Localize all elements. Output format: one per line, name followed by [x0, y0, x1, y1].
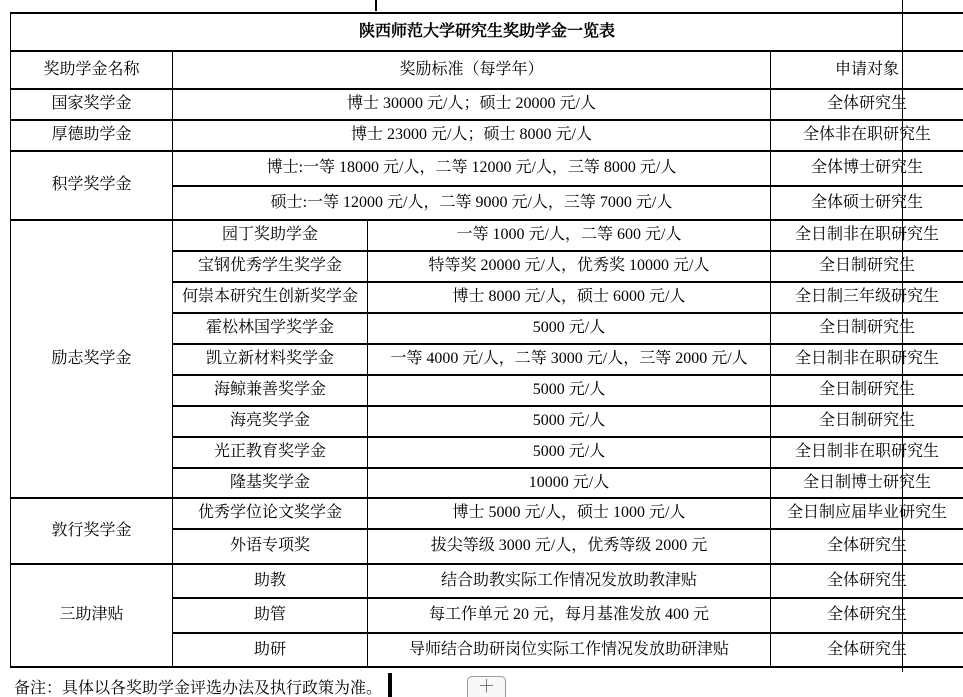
plus-button[interactable]: ＋ — [467, 676, 506, 697]
header-applicant: 申请对象 — [771, 51, 963, 89]
standard-cell: 博士 8000 元/人，硕士 6000 元/人 — [368, 282, 771, 313]
sub-name-cell: 何崇本研究生创新奖学金 — [173, 282, 368, 313]
applicant-cell: 全日制研究生 — [771, 251, 963, 282]
scholarship-table: 陕西师范大学研究生奖助学金一览表 奖助学金名称 奖励标准（每学年） 申请对象 国… — [10, 12, 963, 668]
section-name-cell: 厚德助学金 — [11, 120, 173, 151]
standard-cell: 硕士:一等 12000 元/人，二等 9000 元/人，三等 7000 元/人 — [173, 186, 771, 220]
header-name: 奖助学金名称 — [11, 51, 173, 89]
standard-cell: 5000 元/人 — [368, 375, 771, 406]
scholarship-table-wrap: 陕西师范大学研究生奖助学金一览表 奖助学金名称 奖励标准（每学年） 申请对象 国… — [10, 12, 963, 668]
applicant-cell: 全日制三年级研究生 — [771, 282, 963, 313]
applicant-cell: 全体研究生 — [771, 598, 963, 633]
sub-name-cell: 助管 — [173, 598, 368, 633]
table-row: 三助津贴助教结合助教实际工作情况发放助教津贴全体研究生 — [11, 564, 963, 598]
page: { "title": "陕西师范大学研究生奖助学金一览表", "columns"… — [0, 0, 963, 697]
applicant-cell: 全体研究生 — [771, 529, 963, 564]
applicant-cell: 全日制研究生 — [771, 375, 963, 406]
sub-name-cell: 海鲸兼善奖学金 — [173, 375, 368, 406]
sub-name-cell: 园丁奖助学金 — [173, 220, 368, 251]
standard-cell: 一等 4000 元/人，二等 3000 元/人，三等 2000 元/人 — [368, 344, 771, 375]
standard-cell: 特等奖 20000 元/人，优秀奖 10000 元/人 — [368, 251, 771, 282]
standard-cell: 拔尖等级 3000 元/人，优秀等级 2000 元 — [368, 529, 771, 564]
table-row: 敦行奖学金优秀学位论文奖学金博士 5000 元/人，硕士 1000 元/人全日制… — [11, 498, 963, 529]
applicant-cell: 全日制研究生 — [771, 406, 963, 437]
column-border-guide-line — [902, 0, 903, 672]
applicant-cell: 全体非在职研究生 — [771, 120, 963, 151]
standard-cell: 博士:一等 18000 元/人，二等 12000 元/人，三等 8000 元/人 — [173, 151, 771, 186]
standard-cell: 5000 元/人 — [368, 437, 771, 468]
standard-cell: 一等 1000 元/人，二等 600 元/人 — [368, 220, 771, 251]
sub-name-cell: 海亮奖学金 — [173, 406, 368, 437]
top-caret-mark — [375, 0, 377, 11]
applicant-cell: 全体博士研究生 — [771, 151, 963, 186]
sub-name-cell: 优秀学位论文奖学金 — [173, 498, 368, 529]
standard-cell: 导师结合助研岗位实际工作情况发放助研津贴 — [368, 633, 771, 667]
section-name-cell: 敦行奖学金 — [11, 498, 173, 564]
standard-cell: 10000 元/人 — [368, 468, 771, 498]
sub-name-cell: 光正教育奖学金 — [173, 437, 368, 468]
sub-name-cell: 助教 — [173, 564, 368, 598]
applicant-cell: 全日制研究生 — [771, 313, 963, 344]
standard-cell: 每工作单元 20 元，每月基准发放 400 元 — [368, 598, 771, 633]
table-row: 国家奖学金博士 30000 元/人；硕士 20000 元/人全体研究生 — [11, 89, 963, 120]
applicant-cell: 全体研究生 — [771, 89, 963, 120]
sub-name-cell: 凯立新材料奖学金 — [173, 344, 368, 375]
header-standard: 奖励标准（每学年） — [173, 51, 771, 89]
sub-name-cell: 宝钢优秀学生奖学金 — [173, 251, 368, 282]
applicant-cell: 全体研究生 — [771, 564, 963, 598]
section-name-cell: 积学奖学金 — [11, 151, 173, 220]
sub-name-cell: 霍松林国学奖学金 — [173, 313, 368, 344]
standard-cell: 博士 23000 元/人；硕士 8000 元/人 — [173, 120, 771, 151]
table-title: 陕西师范大学研究生奖助学金一览表 — [11, 13, 963, 51]
standard-cell: 博士 5000 元/人，硕士 1000 元/人 — [368, 498, 771, 529]
sub-name-cell: 助研 — [173, 633, 368, 667]
applicant-cell: 全体研究生 — [771, 633, 963, 667]
footer: 备注：具体以各奖助学金评选办法及执行政策为准。 ＋ — [0, 672, 963, 697]
standard-cell: 5000 元/人 — [368, 313, 771, 344]
table-title-row: 陕西师范大学研究生奖助学金一览表 — [11, 13, 963, 51]
applicant-cell: 全日制应届毕业研究生 — [771, 498, 963, 529]
sub-name-cell: 隆基奖学金 — [173, 468, 368, 498]
section-name-cell: 励志奖学金 — [11, 220, 173, 498]
standard-cell: 结合助教实际工作情况发放助教津贴 — [368, 564, 771, 598]
sub-name-cell: 外语专项奖 — [173, 529, 368, 564]
table-row: 厚德助学金博士 23000 元/人；硕士 8000 元/人全体非在职研究生 — [11, 120, 963, 151]
applicant-cell: 全体硕士研究生 — [771, 186, 963, 220]
footer-note: 备注：具体以各奖助学金评选办法及执行政策为准。 — [14, 675, 382, 697]
applicant-cell: 全日制非在职研究生 — [771, 437, 963, 468]
standard-cell: 5000 元/人 — [368, 406, 771, 437]
applicant-cell: 全日制博士研究生 — [771, 468, 963, 498]
section-name-cell: 三助津贴 — [11, 564, 173, 667]
table-header-row: 奖助学金名称 奖励标准（每学年） 申请对象 — [11, 51, 963, 89]
table-row: 积学奖学金博士:一等 18000 元/人，二等 12000 元/人，三等 800… — [11, 151, 963, 186]
applicant-cell: 全日制非在职研究生 — [771, 220, 963, 251]
text-cursor — [388, 673, 392, 697]
table-row: 励志奖学金园丁奖助学金一等 1000 元/人，二等 600 元/人全日制非在职研… — [11, 220, 963, 251]
section-name-cell: 国家奖学金 — [11, 89, 173, 120]
standard-cell: 博士 30000 元/人；硕士 20000 元/人 — [173, 89, 771, 120]
applicant-cell: 全日制非在职研究生 — [771, 344, 963, 375]
